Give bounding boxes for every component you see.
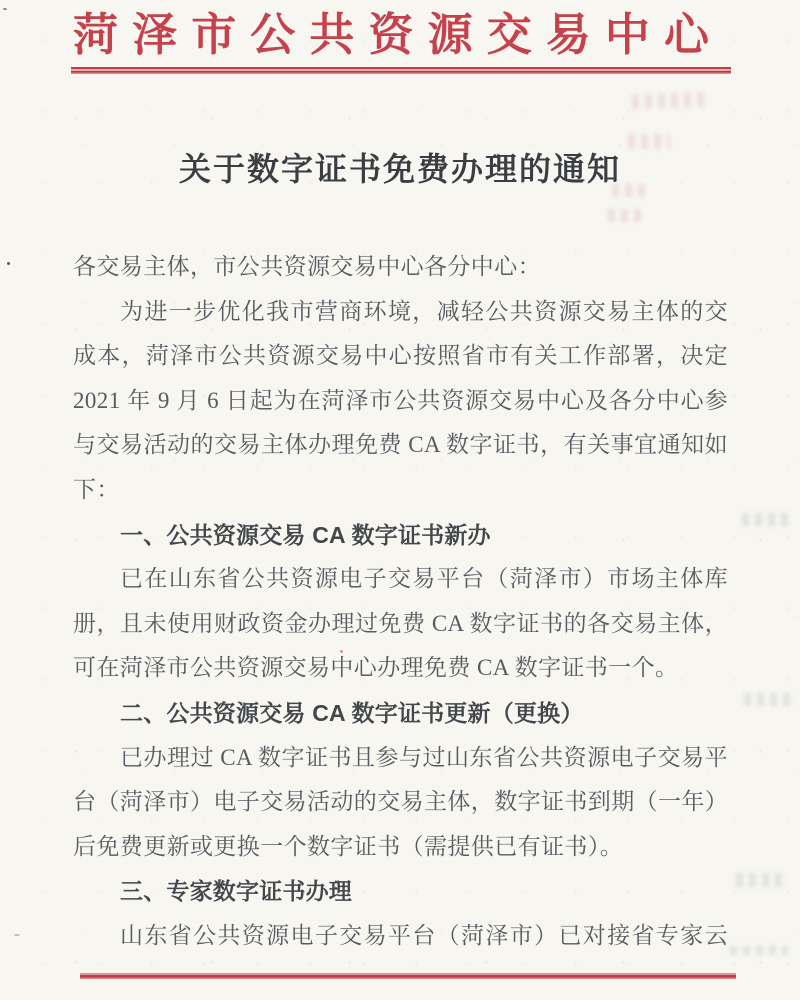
organization-name: 菏泽市公共资源交易中心	[73, 9, 723, 61]
scan-speck	[3, 8, 7, 10]
scanned-notice-page: { "letterhead": { "org_name": "菏泽市公共资源交易…	[0, 0, 800, 1000]
section-heading-3: 三、专家数字证书办理	[73, 869, 728, 914]
section-heading-2: 二、公共资源交易 CA 数字证书更新（更换）	[73, 691, 728, 736]
scan-speck	[7, 262, 10, 265]
notice-title: 关于数字证书免费办理的通知	[0, 144, 800, 190]
bleed-through-mark	[744, 693, 790, 706]
letterhead-rule	[71, 67, 731, 74]
paragraph-line: 成本，菏泽市公共资源交易中心按照省市有关工作部署，决定自	[73, 334, 728, 379]
paragraph-line: 已在山东省公共资源电子交易平台（菏泽市）市场主体库注	[73, 557, 728, 602]
bleed-through-mark	[608, 209, 646, 222]
paragraph-line: 后免费更新或更换一个数字证书（需提供已有证书）。	[73, 825, 728, 870]
section-heading-1: 一、公共资源交易 CA 数字证书新办	[73, 513, 728, 558]
salutation-line: 各交易主体，市公共资源交易中心各分中心：	[73, 245, 728, 290]
paragraph-line: 已办理过 CA 数字证书且参与过山东省公共资源电子交易平	[73, 736, 728, 781]
bleed-through-mark	[632, 92, 710, 110]
paragraph-line: 可在菏泽市公共资源交易中心办理免费 CA 数字证书一个。	[73, 646, 728, 691]
paragraph-line: 与交易活动的交易主体办理免费 CA 数字证书，有关事宜通知如	[73, 423, 728, 468]
bleed-through-mark	[742, 513, 792, 526]
scan-speck	[14, 934, 20, 936]
paragraph-line: 山东省公共资源电子交易平台（菏泽市）已对接省专家云签	[73, 914, 728, 959]
paragraph-line: 下：	[73, 468, 728, 513]
bleed-through-mark	[736, 873, 786, 887]
footer-rule	[80, 973, 736, 979]
paragraph-line: 2021 年 9 月 6 日起为在菏泽市公共资源交易中心及各分中心参	[73, 379, 728, 424]
paragraph-line: 册，且未使用财政资金办理过免费 CA 数字证书的各交易主体，	[73, 602, 728, 647]
paragraph-line: 为进一步优化我市营商环境，减轻公共资源交易主体的交易	[73, 290, 728, 335]
paragraph-line: 台（菏泽市）电子交易活动的交易主体，数字证书到期（一年）	[73, 780, 728, 825]
bleed-through-mark	[730, 946, 788, 955]
document-body: 各交易主体，市公共资源交易中心各分中心： 为进一步优化我市营商环境，减轻公共资源…	[73, 245, 728, 959]
